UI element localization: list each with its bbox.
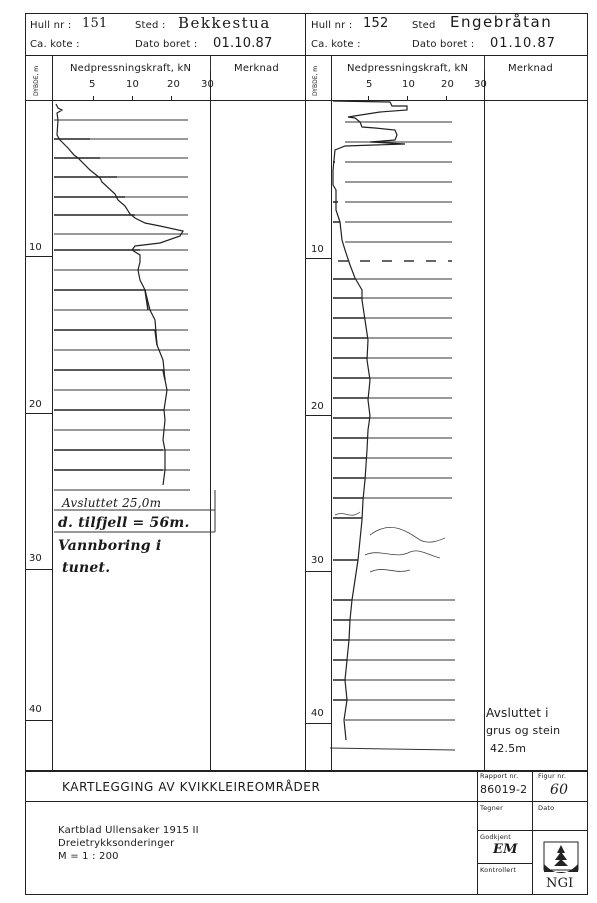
godkjent-value: EM (493, 842, 518, 857)
figur-label: Figur nr. (538, 772, 566, 780)
ngi-logo: NGI (540, 840, 582, 892)
left-rod-lines (54, 120, 190, 490)
note-line: 42.5m (490, 742, 526, 755)
description-line: Dreietrykksonderinger (58, 838, 174, 849)
note-line: grus og stein (486, 724, 560, 737)
footer-col-line (532, 770, 533, 895)
note-line: d. tilfjell = 56m. (58, 515, 190, 531)
note-line: Vannboring i (58, 538, 161, 554)
note-line: Avsluttet 25,0m (62, 496, 161, 510)
right-force-curve (333, 101, 407, 740)
description-line: Kartblad Ullensaker 1915 II (58, 825, 199, 836)
right-rod-lines (330, 122, 455, 750)
rapport-label: Rapport nr. (480, 772, 518, 780)
dato-label: Dato (538, 804, 554, 812)
note-line: tunet. (62, 560, 110, 576)
right-handwritten-scribble (335, 512, 445, 572)
description-line: M = 1 : 200 (58, 851, 119, 862)
godkjent-label: Godkjent (480, 833, 511, 841)
left-force-curve (56, 104, 183, 485)
rapport-value: 86019-2 (480, 783, 527, 796)
footer-title: KARTLEGGING AV KVIKKLEIREOMRÅDER (62, 780, 320, 794)
note-line: Avsluttet i (486, 706, 549, 720)
sounding-plots (0, 0, 597, 903)
footer-cell-line (477, 863, 532, 864)
tegner-label: Tegner (480, 804, 503, 812)
ngi-logo-text: NGI (546, 876, 574, 891)
figur-value: 60 (550, 782, 568, 798)
footer-col-line (477, 770, 478, 895)
footer-title-divider (25, 801, 588, 802)
kontrollert-label: Kontrollert (480, 866, 516, 874)
footer-cell-line (477, 830, 588, 831)
